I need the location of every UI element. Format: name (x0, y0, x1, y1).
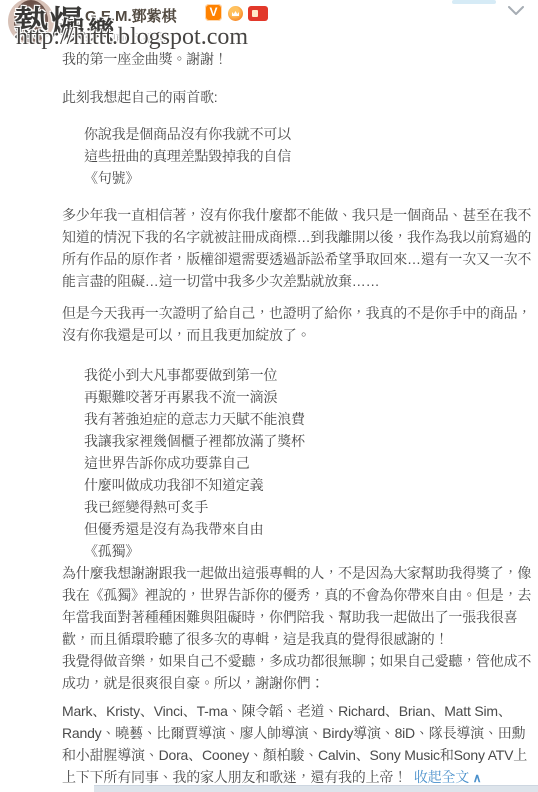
paragraph-text: 此刻我想起自己的兩首歌: (62, 89, 218, 105)
lyric-line: 但優秀還是沒有為我帶來自由 (84, 518, 536, 540)
lyric-line: 這世界告訴你成功要靠自己 (84, 452, 536, 474)
post-paragraph: 但是今天我再一次證明了給自己，也證明了給你，我真的不是你手中的商品，沒有你我還是… (62, 302, 536, 346)
paragraph-text: 我的第一座金曲獎。謝謝！ (62, 51, 228, 67)
lyric-line: 這些扭曲的真理差點毀掉我的自信 (84, 145, 536, 167)
post-paragraph: 我覺得做音樂，如果自己不愛聽，多成功都很無聊；如果自己愛聽，管他成不成功，就是很… (62, 650, 536, 694)
lyric-line: 再艱難咬著牙再累我不流一滴淚 (84, 386, 536, 408)
post-body: 我的第一座金曲獎。謝謝！此刻我想起自己的兩首歌:你說我是個商品沒有你我就不可以這… (62, 48, 536, 789)
paragraph-text: 多少年我一直相信著，沒有你我什麼都不能做、我只是一個商品、甚至在我不知道的情況下… (62, 207, 531, 289)
username[interactable]: G.E.M.鄧紫棋 (85, 5, 177, 26)
chevron-down-icon[interactable] (508, 3, 524, 21)
avatar[interactable] (8, 0, 54, 44)
lyric-line: 我有著強迫症的意志力天賦不能浪費 (84, 408, 536, 430)
post-paragraph: 為什麼我想謝謝跟我一起做出這張專輯的人，不是因為大家幫助我得獎了，像我在《孤獨》… (62, 562, 536, 650)
weibo-post-card: G.E.M.鄧紫棋 V 5分钟前 已编辑 熱爆 娛樂 http://hittt.… (0, 0, 538, 792)
post-paragraph: 此刻我想起自己的兩首歌: (62, 86, 536, 108)
cropped-element-artifact (452, 0, 496, 4)
next-card-edge-divider (94, 785, 538, 792)
post-paragraph: 多少年我一直相信著，沒有你我什麼都不能做、我只是一個商品、甚至在我不知道的情況下… (62, 204, 536, 292)
paragraph-text: 我覺得做音樂，如果自己不愛聽，多成功都很無聊；如果自己愛聽，管他成不成功，就是很… (62, 653, 531, 691)
paragraph-text: 但是今天我再一次證明了給自己，也證明了給你，我真的不是你手中的商品，沒有你我還是… (62, 305, 531, 343)
paragraph-text: 為什麼我想謝謝跟我一起做出這張專輯的人，不是因為大家幫助我得獎了，像我在《孤獨》… (62, 565, 531, 647)
collapse-full-text-link[interactable]: 收起全文 (414, 769, 469, 785)
post-paragraph: Mark、Kristy、Vinci、T-ma、陳令韜、老道、Richard、Br… (62, 700, 536, 789)
collapse-chevron-up-icon[interactable]: ∧ (473, 771, 482, 785)
post-paragraph: 我的第一座金曲獎。謝謝！ (62, 48, 536, 70)
vip-membership-icon[interactable] (228, 6, 243, 21)
lyric-line: 《孤獨》 (84, 540, 536, 562)
post-timestamp: 5分钟前 已编辑 (85, 29, 167, 46)
lyric-line: 你說我是個商品沒有你我就不可以 (84, 123, 536, 145)
lyric-line: 《句號》 (84, 167, 536, 189)
lyric-line: 我從小到大凡事都要做到第一位 (84, 364, 536, 386)
lyric-line: 我已經變得熱可炙手 (84, 496, 536, 518)
avatar-face-shape (22, 9, 40, 25)
verified-badge-icon[interactable]: V (205, 4, 222, 21)
lyrics-block: 你說我是個商品沒有你我就不可以這些扭曲的真理差點毀掉我的自信《句號》 (62, 123, 536, 189)
lyric-line: 什麼叫做成功我卻不知道定義 (84, 474, 536, 496)
medal-icon[interactable] (248, 6, 268, 21)
lyrics-block: 我從小到大凡事都要做到第一位再艱難咬著牙再累我不流一滴淚我有著強迫症的意志力天賦… (62, 364, 536, 562)
lyric-line: 我讓我家裡幾個櫃子裡都放滿了獎杯 (84, 430, 536, 452)
